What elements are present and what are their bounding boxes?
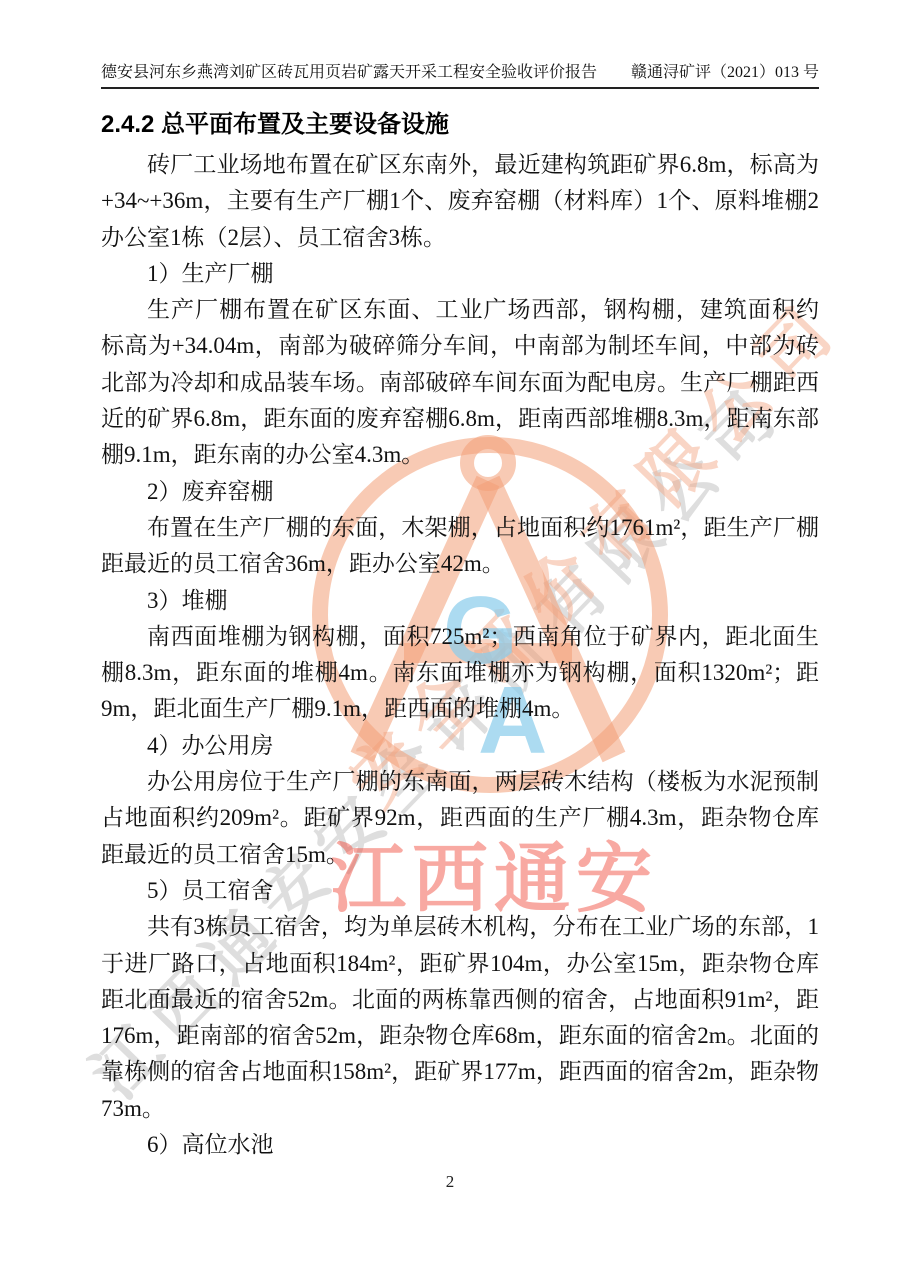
page-content: 德安县河东乡燕湾刘矿区砖瓦用页岩矿露天开采工程安全验收评价报告 赣通浔矿评（20… [0, 0, 900, 1272]
text-line: +34~+36m，主要有生产厂棚1个、废弃窑棚（材料库）1个、原料堆棚2个、 [101, 183, 819, 219]
text-line: 距最近的员工宿舍15m。 [101, 837, 819, 873]
text-line: 办公用房位于生产厂棚的东南面，两层砖木结构（楼板为水泥预制板）， [101, 764, 819, 800]
text-line: 棚8.3m，距东面的堆棚4m。南东面堆棚亦为钢构棚，面积1320m²；距矿界 [101, 655, 819, 691]
section-heading: 2.4.2 总平面布置及主要设备设施 [101, 110, 819, 140]
text-line: 标高为+34.04m，南部为破碎筛分车间，中南部为制坯车间，中部为砖窑， [101, 328, 819, 364]
text-line: 近的矿界6.8m，距东面的废弃窑棚6.8m，距南西部堆棚8.3m，距南东部的堆 [101, 401, 819, 437]
text-line: 生产厂棚布置在矿区东面、工业广场西部，钢构棚，建筑面积约9205m²， [101, 292, 819, 328]
text-line: 砖厂工业场地布置在矿区东南外，最近建构筑距矿界6.8m，标高为 [101, 147, 819, 183]
text-line: 于进厂路口，占地面积184m²，距矿界104m，办公室15m，距杂物仓库36m， [101, 946, 819, 982]
header-doc-number: 赣通浔矿评（2021）013 号 [631, 62, 819, 84]
text-line: 共有3栋员工宿舍，均为单层砖木机构，分布在工业广场的东部，1栋位 [101, 909, 819, 945]
text-line: 176m，距南部的宿舍52m，距杂物仓库68m，距东面的宿舍2m。北面的两栋 [101, 1018, 819, 1054]
text-line: 6）高位水池 [101, 1127, 819, 1163]
text-line: 3）堆棚 [101, 583, 819, 619]
document-page: 江西通安安全评价有限公司 安全评价有限公司 G A 江西通安 德安县河东乡燕湾刘… [0, 0, 900, 1272]
text-line: 布置在生产厂棚的东面，木架棚，占地面积约1761m²，距生产厂棚6.8m， [101, 510, 819, 546]
text-line: 4）办公用房 [101, 728, 819, 764]
text-line: 办公室1栋（2层）、员工宿舍3栋。 [101, 220, 819, 256]
page-number: 2 [0, 1172, 900, 1192]
text-line: 棚9.1m，距东南的办公室4.3m。 [101, 437, 819, 473]
text-line: 南西面堆棚为钢构棚，面积725m²；西南角位于矿界内，距北面生产厂 [101, 619, 819, 655]
text-line: 73m。 [101, 1091, 819, 1127]
header-report-title: 德安县河东乡燕湾刘矿区砖瓦用页岩矿露天开采工程安全验收评价报告 [101, 62, 597, 84]
text-line: 靠栋侧的宿舍占地面积158m²，距矿界177m，距西面的宿舍2m，距杂物仓库 [101, 1054, 819, 1090]
text-line: 距最近的员工宿舍36m，距办公室42m。 [101, 546, 819, 582]
text-line: 占地面积约209m²。距矿界92m，距西面的生产厂棚4.3m，距杂物仓库42m， [101, 800, 819, 836]
body-lines: 砖厂工业场地布置在矿区东南外，最近建构筑距矿界6.8m，标高为+34~+36m，… [101, 147, 819, 1163]
text-line: 1）生产厂棚 [101, 256, 819, 292]
text-line: 北部为冷却和成品装车场。南部破碎车间东面为配电房。生产厂棚距西面最 [101, 365, 819, 401]
page-header: 德安县河东乡燕湾刘矿区砖瓦用页岩矿露天开采工程安全验收评价报告 赣通浔矿评（20… [101, 62, 819, 84]
text-line: 5）员工宿舍 [101, 873, 819, 909]
text-line: 距北面最近的宿舍52m。北面的两栋靠西侧的宿舍，占地面积91m²，距矿界 [101, 982, 819, 1018]
header-rule [101, 87, 819, 89]
text-line: 9m，距北面生产厂棚9.1m，距西面的堆棚4m。 [101, 691, 819, 727]
text-line: 2）废弃窑棚 [101, 474, 819, 510]
